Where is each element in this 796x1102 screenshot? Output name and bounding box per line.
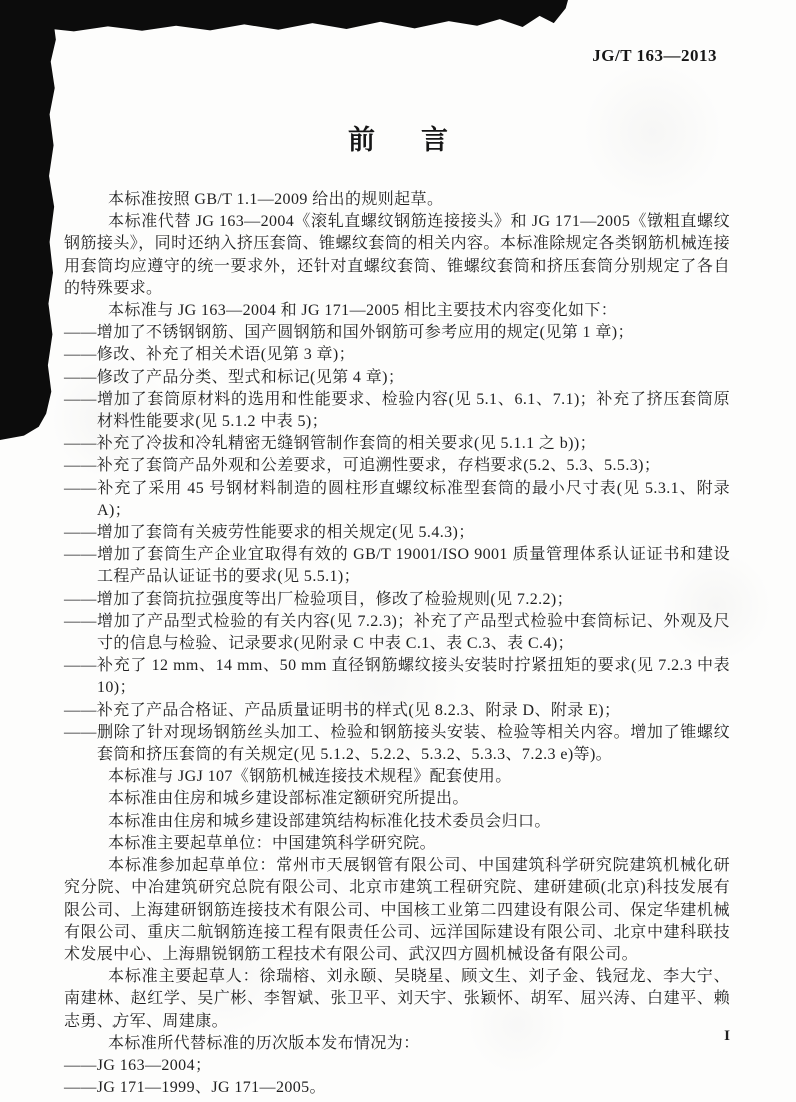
paragraph: 本标准所代替标准的历次版本发布情况为： — [64, 1033, 730, 1055]
paragraph: 本标准与 JG 163—2004 和 JG 171—2005 相比主要技术内容变… — [64, 300, 730, 322]
foreword-body: 本标准按照 GB/T 1.1—2009 给出的规则起草。 本标准代替 JG 16… — [64, 189, 730, 1099]
scan-edge-artifact-left — [0, 0, 57, 440]
change-list-item: ——增加了套筒生产企业宜取得有效的 GB/T 19001/ISO 9001 质量… — [64, 544, 730, 588]
change-list-item: ——补充了产品合格证、产品质量证明书的样式(见 8.2.3、附录 D、附录 E)… — [64, 700, 730, 722]
change-list-item: ——增加了不锈钢钢筋、国产圆钢筋和国外钢筋可参考应用的规定(见第 1 章)； — [64, 322, 730, 344]
foreword-title: 前 言 — [0, 118, 796, 157]
change-list-item: ——增加了套筒有关疲劳性能要求的相关规定(见 5.4.3)； — [64, 522, 730, 544]
history-version-item: ——JG 163—2004； — [64, 1055, 730, 1077]
change-list-item: ——补充了 12 mm、14 mm、50 mm 直径钢筋螺纹接头安装时拧紧扭矩的… — [64, 655, 730, 699]
change-list-item: ——补充了冷拔和冷轧精密无缝钢管制作套筒的相关要求(见 5.1.1 之 b))； — [64, 433, 730, 455]
change-list-item: ——增加了套筒原材料的选用和性能要求、检验内容(见 5.1、6.1、7.1)；补… — [64, 389, 730, 433]
scanned-standard-page: { "document": { "standard_code": "JG/T 1… — [0, 0, 796, 1102]
standard-code: JG/T 163—2013 — [592, 46, 717, 66]
change-list-item: ——删除了针对现场钢筋丝头加工、检验和钢筋接头安装、检验等相关内容。增加了锥螺纹… — [64, 722, 730, 766]
page-number: I — [724, 1028, 730, 1045]
paragraph: 本标准主要起草单位：中国建筑科学研究院。 — [64, 833, 730, 855]
change-list-item: ——补充了采用 45 号钢材料制造的圆柱形直螺纹标准型套筒的最小尺寸表(见 5.… — [64, 478, 730, 522]
paragraph: 本标准按照 GB/T 1.1—2009 给出的规则起草。 — [64, 189, 730, 211]
paragraph: 本标准与 JGJ 107《钢筋机械连接技术规程》配套使用。 — [64, 766, 730, 788]
change-list-item: ——修改了产品分类、型式和标记(见第 4 章)； — [64, 367, 730, 389]
change-list-item: ——补充了套筒产品外观和公差要求，可追溯性要求，存档要求(5.2、5.3、5.5… — [64, 455, 730, 477]
paragraph: 本标准由住房和城乡建设部建筑结构标准化技术委员会归口。 — [64, 811, 730, 833]
paragraph: 本标准代替 JG 163—2004《滚轧直螺纹钢筋连接接头》和 JG 171—2… — [64, 211, 730, 300]
paragraph: 本标准参加起草单位：常州市天展钢管有限公司、中国建筑科学研究院建筑机械化研究分院… — [64, 855, 730, 966]
change-list-item: ——增加了产品型式检验的有关内容(见 7.2.3)；补充了产品型式检验中套筒标记… — [64, 611, 730, 655]
change-list-item: ——增加了套筒抗拉强度等出厂检验项目，修改了检验规则(见 7.2.2)； — [64, 589, 730, 611]
scan-edge-artifact-top — [0, 0, 568, 33]
title-char-first: 前 — [348, 118, 375, 157]
history-version-item: ——JG 171—1999、JG 171—2005。 — [64, 1077, 730, 1099]
footnote-asterisk: * — [112, 1022, 118, 1034]
paragraph: 本标准主要起草人：徐瑞榕、刘永颐、吴晓星、顾文生、刘子金、钱冠龙、李大宁、南建林… — [64, 966, 730, 1033]
change-list-item: ——修改、补充了相关术语(见第 3 章)； — [64, 344, 730, 366]
title-char-second: 言 — [421, 118, 448, 157]
paragraph: 本标准由住房和城乡建设部标准定额研究所提出。 — [64, 788, 730, 810]
